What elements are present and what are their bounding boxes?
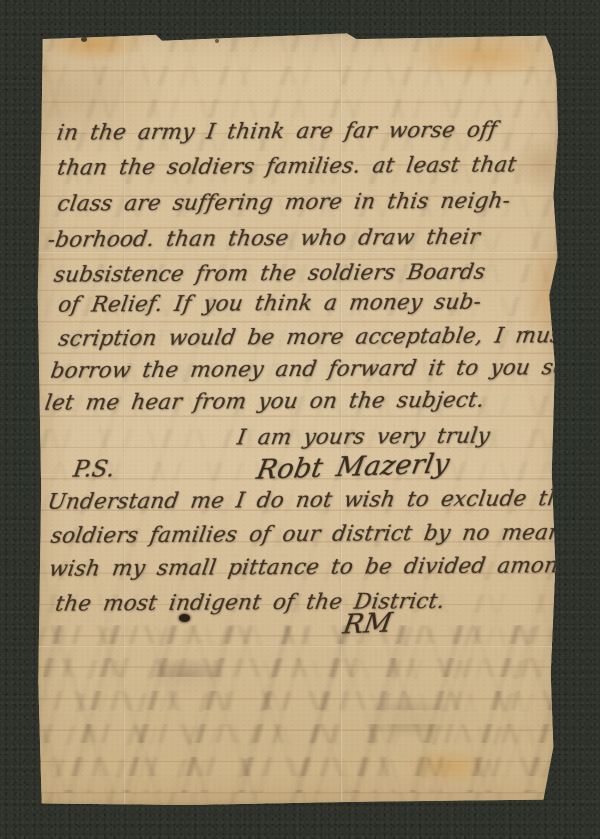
letter-line-6: of Relief. If you think a money sub-	[56, 290, 483, 320]
letter-line-5: subsistence from the soldiers Boards	[52, 260, 487, 290]
photograph-background: in the army I think are far worse off th…	[0, 0, 600, 839]
signature: Robt Mazerly	[254, 447, 452, 487]
postscript-line-3: wish my small pittance to be divided amo…	[47, 553, 574, 584]
letter-line-9: let me hear from you on the subject.	[43, 388, 486, 418]
letter-line-8: borrow the money and forward it to you s…	[49, 355, 600, 386]
letter-line-4: -borhood. than those who draw their	[46, 225, 482, 255]
postscript-line-1: Understand me I do not wish to exclude t…	[46, 486, 577, 517]
postscript-line-2: soldiers families of our district by no …	[49, 520, 596, 551]
letter-line-2: than the soldiers families. at least tha…	[55, 152, 518, 182]
letter-line-1: in the army I think are far worse off	[55, 118, 499, 148]
letter-paper: in the army I think are far worse off th…	[37, 33, 558, 805]
postscript-label: P.S.	[71, 455, 117, 484]
letter-line-3: class are suffering more in this neigh-	[55, 188, 512, 218]
closing-line: I am yours very truly	[235, 424, 492, 453]
letter-line-7: scription would be more acceptable, I mu…	[56, 323, 572, 353]
ink-bleedthrough-bottom	[43, 625, 552, 793]
